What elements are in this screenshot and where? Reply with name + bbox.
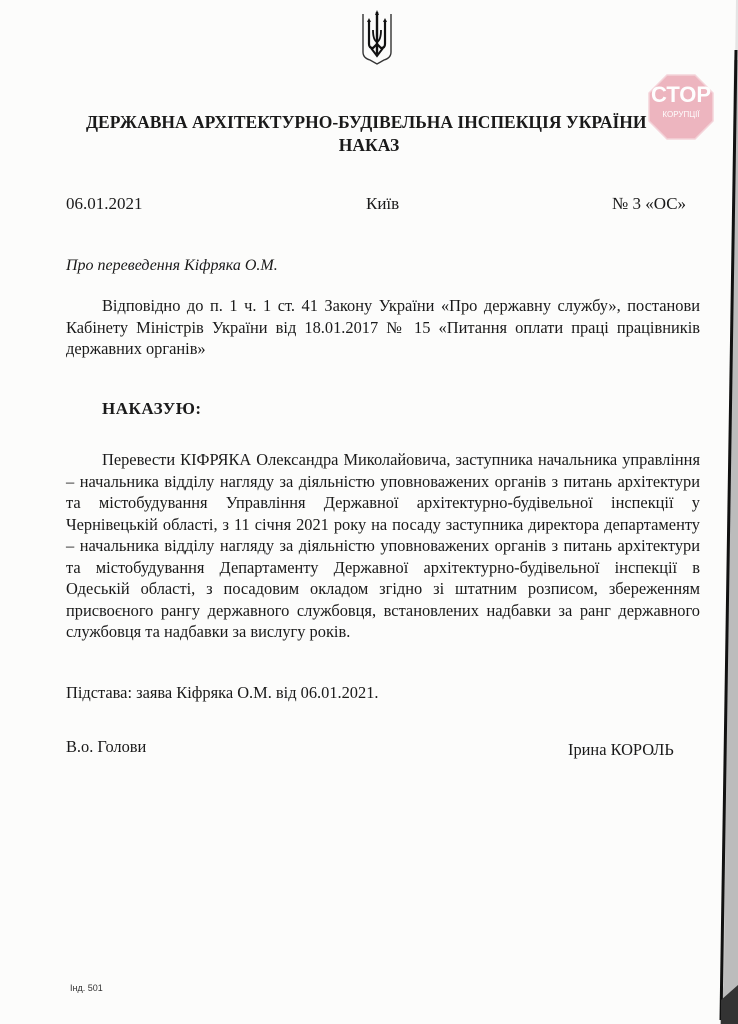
- organization-title: ДЕРЖАВНА АРХІТЕКТУРНО-БУДІВЕЛЬНА ІНСПЕКЦ…: [86, 112, 686, 133]
- document-number: № 3 «ОС»: [612, 194, 686, 214]
- order-heading: НАКАЗУЮ:: [102, 399, 202, 419]
- document-page: СТОР КОРУПЦІЇ ДЕРЖАВНА АРХІТЕКТУРНО-БУДІ…: [0, 0, 738, 1024]
- signatory-name: Ірина КОРОЛЬ: [568, 740, 674, 760]
- order-paragraph: Перевести КІФРЯКА Олександра Миколайович…: [66, 449, 700, 643]
- document-date: 06.01.2021: [66, 194, 143, 214]
- signatory-role: В.о. Голови: [66, 737, 146, 757]
- document-subject: Про переведення Кіфряка О.М.: [66, 257, 278, 275]
- document-type: НАКАЗ: [0, 135, 738, 156]
- document-city: Київ: [366, 194, 399, 214]
- grounds-line: Підстава: заява Кіфряка О.М. від 06.01.2…: [66, 683, 379, 703]
- trident-emblem-icon: [360, 8, 394, 66]
- paper-edge-shadow: [708, 0, 738, 1024]
- watermark-top-text: СТОР: [648, 84, 714, 106]
- document-index: Інд. 501: [70, 983, 103, 993]
- basis-paragraph: Відповідно до п. 1 ч. 1 ст. 41 Закону Ук…: [66, 295, 700, 360]
